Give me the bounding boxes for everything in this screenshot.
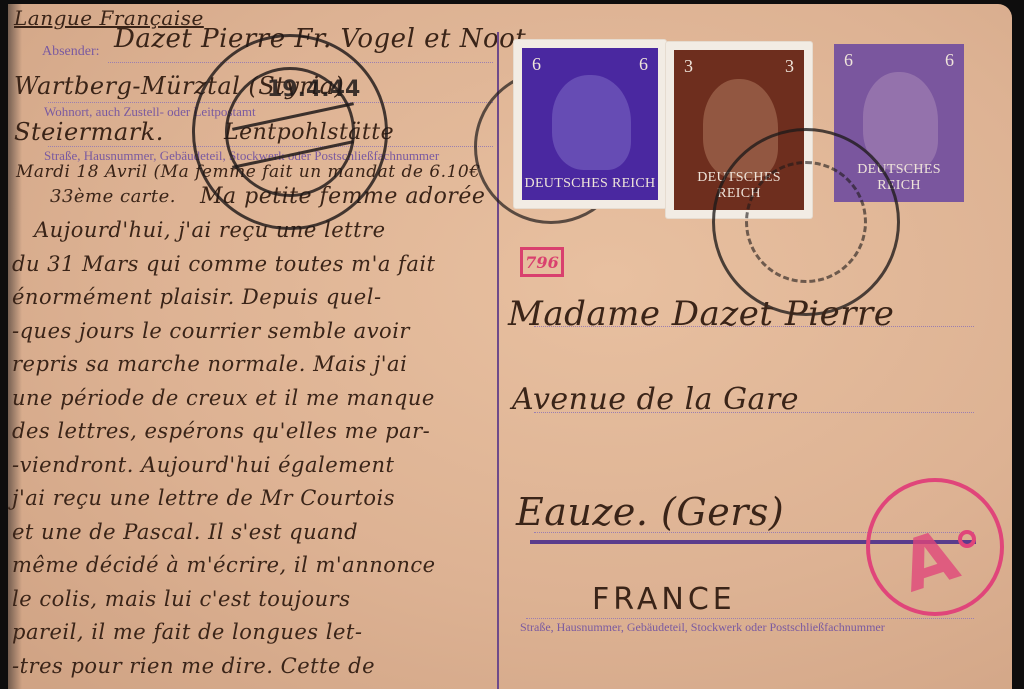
footer-dotted-line <box>526 618 974 619</box>
message-line: une période de creux et il me manque <box>12 386 435 410</box>
sender-region: Steiermark. <box>14 118 164 146</box>
message-line: du 31 Mars qui comme toutes m'a fait <box>12 252 436 276</box>
postmark-right-inner-ring <box>745 161 867 283</box>
recipient-name-line <box>534 326 974 327</box>
stamp-value: 6 <box>945 50 954 71</box>
censor-dot <box>958 530 976 548</box>
stamp-value: 6 <box>532 54 541 75</box>
message-line: -tres pour rien me dire. Cette de <box>12 654 375 678</box>
recipient-city: Eauze. (Gers) <box>516 490 784 534</box>
stamp-face: 6 6 DEUTSCHES REICH <box>522 48 658 200</box>
portrait-icon <box>863 72 938 170</box>
message-line: -viendront. Aujourd'hui également <box>12 453 394 477</box>
card-number: 33ème carte. <box>50 186 176 207</box>
censor-number-box: 796 <box>520 247 564 277</box>
message-line: des lettres, espérons qu'elles me par- <box>12 419 430 443</box>
sender-label: Absender: <box>42 44 100 60</box>
stamp-label: DEUTSCHES REICH <box>522 176 658 192</box>
stamp-value: 6 <box>844 50 853 71</box>
message-line: Aujourd'hui, j'ai reçu une lettre <box>34 218 386 242</box>
stamp-value: 3 <box>684 56 693 77</box>
message-line: -ques jours le courrier semble avoir <box>12 319 410 343</box>
message-line: le colis, mais lui c'est toujours <box>12 587 350 611</box>
stamp-value: 6 <box>639 54 648 75</box>
message-line: j'ai reçu une lettre de Mr Courtois <box>12 486 395 510</box>
footer-label: Straße, Hausnummer, Gebäudeteil, Stockwe… <box>520 620 885 635</box>
message-line: pareil, il me fait de longues let- <box>12 620 362 644</box>
message-line: énormément plaisir. Depuis quel- <box>12 285 382 309</box>
recipient-name: Madame Dazet Pierre <box>508 294 894 334</box>
postcard: Langue Française Absender: Dazet Pierre … <box>8 4 1012 689</box>
stamp-6pf-violet: 6 6 DEUTSCHES REICH <box>514 40 666 208</box>
postmark-right <box>712 128 900 316</box>
postmark-left: 19.4.44 <box>192 34 388 230</box>
stamp-value: 3 <box>785 56 794 77</box>
message-line: et une de Pascal. Il s'est quand <box>12 520 358 544</box>
message-line: repris sa marche normale. Mais j'ai <box>12 352 407 376</box>
recipient-country: FRANCE <box>592 582 736 617</box>
portrait-icon <box>552 75 631 169</box>
message-line: même décidé à m'écrire, il m'annonce <box>12 553 436 577</box>
recipient-street-line <box>534 412 974 413</box>
postmark-left-date: 19.4.44 <box>267 77 360 102</box>
